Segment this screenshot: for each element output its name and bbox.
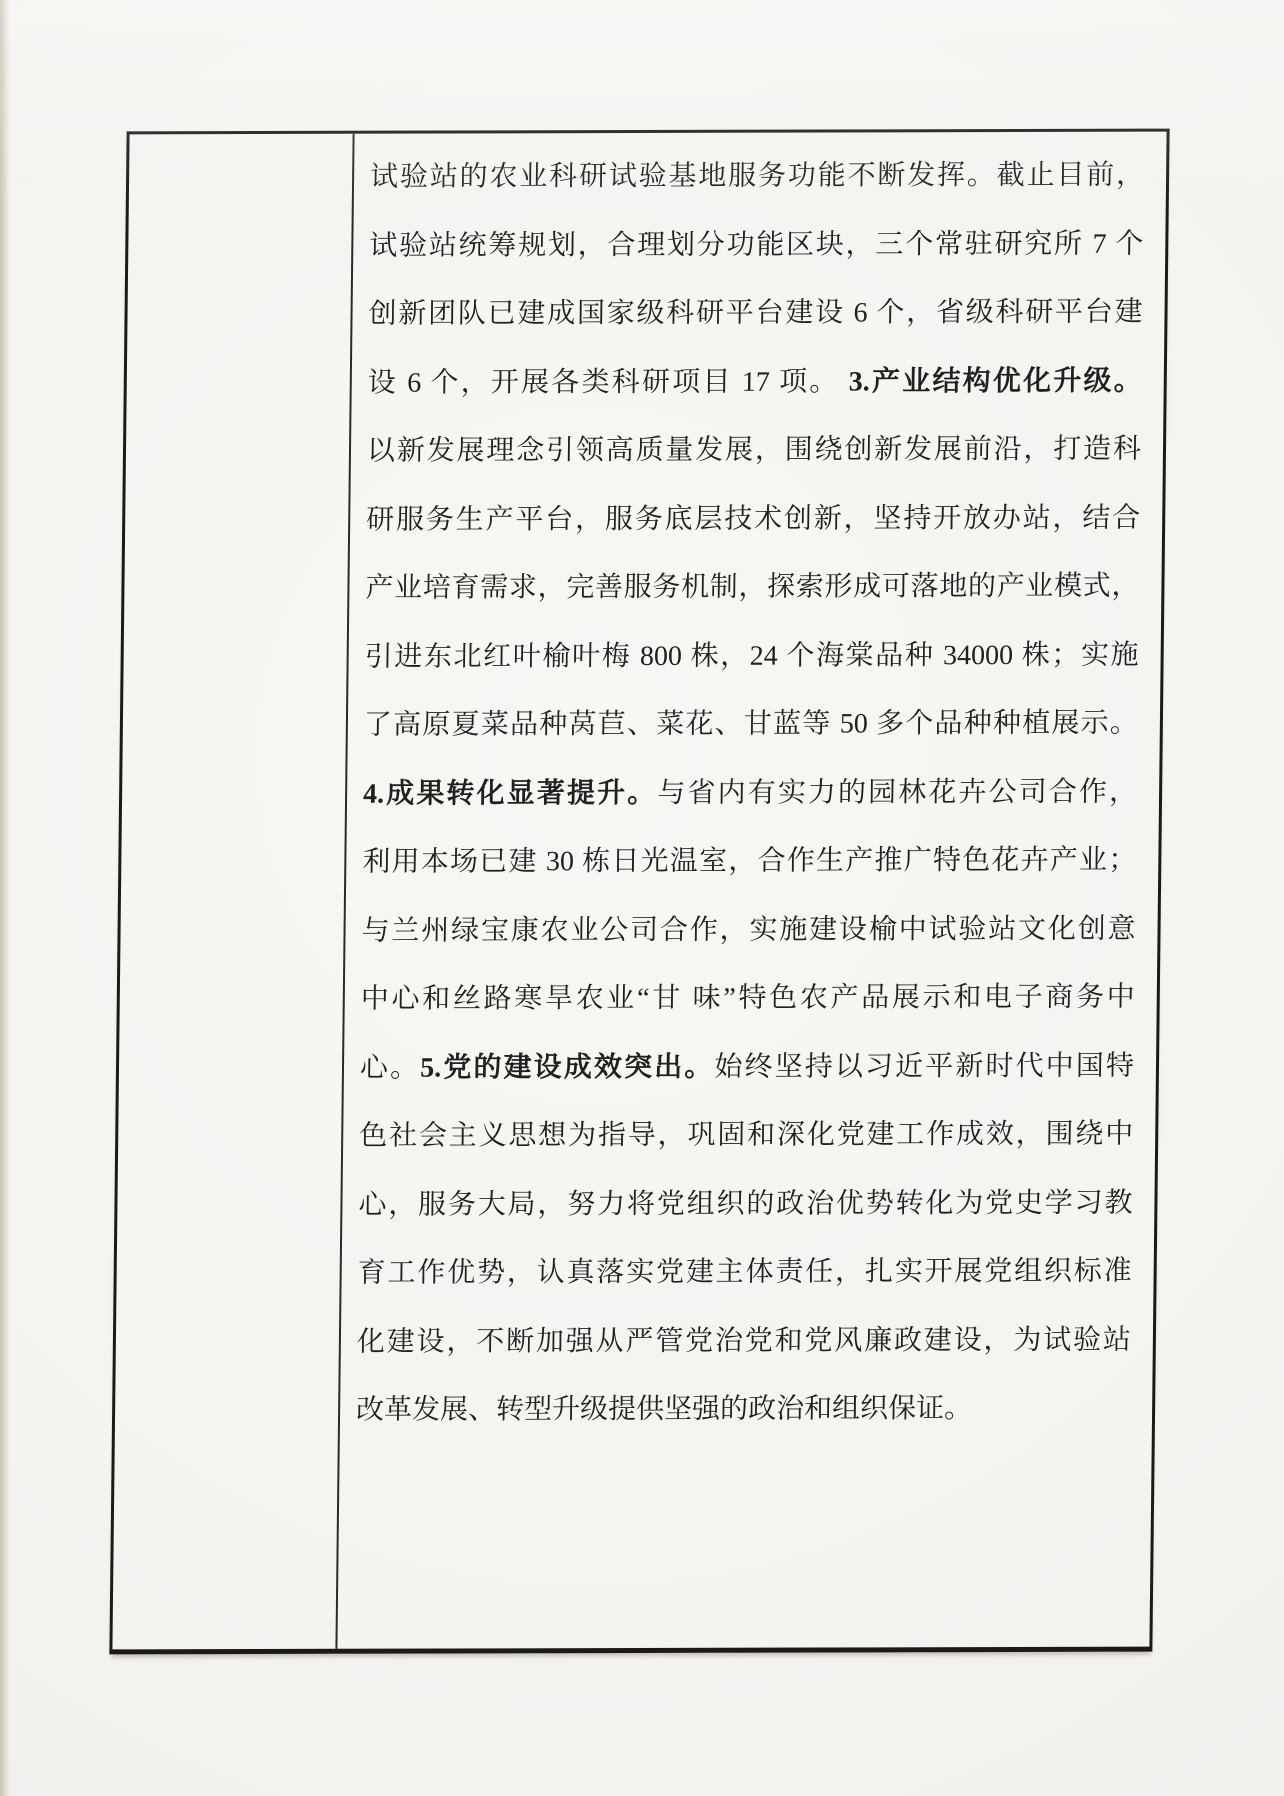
text-line: 心，服务大局，努力将党组织的政治优势转化为党史学习教: [358, 1169, 1133, 1240]
text-run: 产业培育需求，完善服务机制，探索形成可落地的产业模式，: [365, 571, 1139, 604]
text-line: 色社会主义思想为指导，巩固和深化党建工作成效，围绕中: [359, 1101, 1134, 1172]
text-line: 设 6 个，开展各类科研项目 17 项。 3.产业结构优化升级。: [367, 347, 1142, 418]
text-run: 与兰州绿宝康农业公司合作，实施建设榆中试验站文化创意: [361, 913, 1135, 946]
text-run: 化建设，不断加强从严管党治党和党风廉政建设，为试验站: [357, 1324, 1131, 1357]
text-run-bold: 4.成果转化显著提升。: [363, 777, 658, 809]
form-table: 试验站的农业科研试验基地服务功能不断发挥。截止目前，试验站统筹规划，合理划分功能…: [109, 129, 1169, 1655]
text-run: 创新团队已建成国家级科研平台建设 6 个，省级科研平台建: [368, 297, 1142, 330]
text-line: 利用本场已建 30 栋日光温室，合作生产推广特色花卉产业；: [362, 827, 1137, 898]
text-run-bold: 3.产业结构优化升级。: [849, 365, 1142, 397]
content-cell: 试验站的农业科研试验基地服务功能不断发挥。截止目前，试验站统筹规划，合理划分功能…: [337, 132, 1166, 1649]
text-run: 以新发展理念引领高质量发展，围绕创新发展前沿，打造科: [367, 434, 1141, 467]
text-line: 4.成果转化显著提升。与省内有实力的园林花卉公司合作，: [363, 758, 1138, 829]
text-line: 以新发展理念引领高质量发展，围绕创新发展前沿，打造科: [367, 416, 1142, 487]
text-run: 研服务生产平台，服务底层技术创新，坚持开放办站，结合: [366, 502, 1140, 535]
text-run: 色社会主义思想为指导，巩固和深化党建工作成效，围绕中: [359, 1119, 1133, 1152]
text-run-bold: 5.党的建设成效突出。: [420, 1051, 715, 1083]
text-line: 创新团队已建成国家级科研平台建设 6 个，省级科研平台建: [368, 279, 1143, 350]
text-line: 引进东北红叶榆叶梅 800 株，24 个海棠品种 34000 株；实施: [364, 621, 1139, 692]
text-line: 产业培育需求，完善服务机制，探索形成可落地的产业模式，: [365, 553, 1140, 624]
text-run: 改革发展、转型升级提供坚强的政治和组织保证。: [356, 1393, 972, 1426]
text-line: 与兰州绿宝康农业公司合作，实施建设榆中试验站文化创意: [361, 895, 1136, 966]
text-run: 了高原夏菜品种莴苣、菜花、甘蓝等 50 多个品种种植展示。: [364, 708, 1138, 741]
text-run: 育工作优势，认真落实党建主体责任，扎实开展党组织标准: [358, 1256, 1132, 1289]
text-line: 了高原夏菜品种莴苣、菜花、甘蓝等 50 多个品种种植展示。: [363, 690, 1138, 761]
text-line: 化建设，不断加强从严管党治党和党风廉政建设，为试验站: [357, 1306, 1132, 1377]
empty-label-cell: [112, 134, 354, 1650]
text-run: 利用本场已建 30 栋日光温室，合作生产推广特色花卉产业；: [362, 845, 1136, 878]
text-run: 试验站统筹规划，合理划分功能区块，三个常驻研究所 7 个: [369, 228, 1143, 261]
text-run: 心，服务大局，努力将党组织的政治优势转化为党史学习教: [358, 1187, 1132, 1220]
text-run: 引进东北红叶榆叶梅 800 株，24 个海棠品种 34000 株；实施: [364, 639, 1138, 672]
text-run: 中心和丝路寒旱农业“甘 味”特色农产品展示和电子商务中: [361, 982, 1135, 1015]
text-line: 改革发展、转型升级提供坚强的政治和组织保证。: [356, 1375, 1131, 1446]
text-run: 始终坚持以习近平新时代中国特: [714, 1050, 1134, 1082]
text-line: 中心和丝路寒旱农业“甘 味”特色农产品展示和电子商务中: [360, 964, 1135, 1035]
text-line: 研服务生产平台，服务底层技术创新，坚持开放办站，结合: [366, 484, 1141, 555]
text-line: 试验站统筹规划，合理划分功能区块，三个常驻研究所 7 个: [369, 210, 1144, 281]
text-line: 试验站的农业科研试验基地服务功能不断发挥。截止目前，: [370, 142, 1145, 213]
content-text: 试验站的农业科研试验基地服务功能不断发挥。截止目前，试验站统筹规划，合理划分功能…: [356, 142, 1145, 1446]
text-run: 设 6 个，开展各类科研项目 17 项。: [368, 366, 849, 398]
text-run: 心。: [360, 1052, 421, 1083]
text-line: 育工作优势，认真落实党建主体责任，扎实开展党组织标准: [357, 1238, 1132, 1309]
text-run: 试验站的农业科研试验基地服务功能不断发挥。截止目前，: [370, 160, 1144, 193]
text-run: 与省内有实力的园林花卉公司合作，: [657, 776, 1137, 808]
paper-scan-edge: [0, 0, 10, 1796]
text-line: 心。5.党的建设成效突出。始终坚持以习近平新时代中国特: [360, 1032, 1135, 1103]
scanned-page: { "page": { "kind": "scanned-form-contin…: [0, 0, 1284, 1796]
